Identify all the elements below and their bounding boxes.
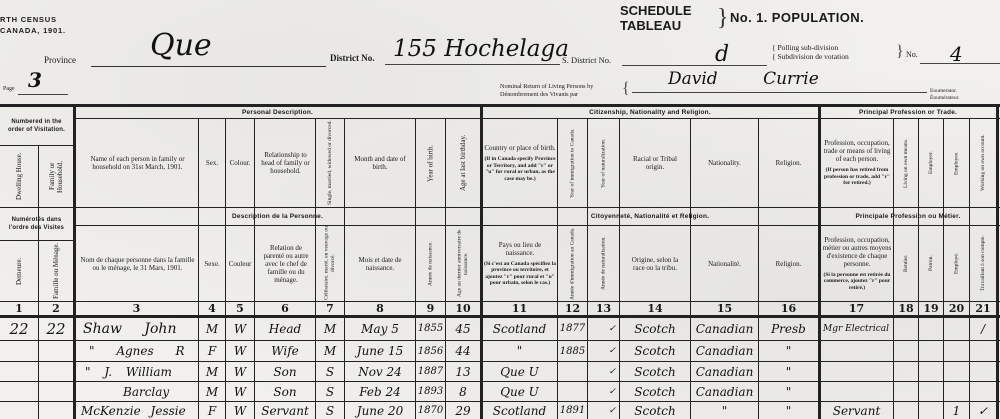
col11-title-fr: Pays ou lieu de naissance.	[484, 241, 556, 257]
col9-header-en: Year of birth.	[416, 119, 445, 207]
cell-employee	[944, 341, 969, 361]
col18-header-fr: Rentier.	[894, 226, 918, 301]
cell-employer	[919, 341, 943, 361]
schedule-brace: }	[717, 5, 729, 31]
page-value: 3	[28, 68, 42, 92]
col17-note-fr: (Si la personne est retirée du commerce,…	[822, 272, 892, 292]
enumerator-labels: Enumerator. Énumérateur.	[930, 88, 959, 102]
colnum-15: 15	[691, 302, 758, 315]
col10-header-en: Age at last birthday.	[446, 119, 480, 207]
colnum-18: 18	[894, 302, 918, 315]
cell-profession	[820, 341, 893, 361]
cell-origin: Scotch	[620, 382, 690, 401]
colnum-7: 7	[316, 302, 344, 315]
cell-religion: "	[759, 382, 818, 401]
cell-relationship: Son	[255, 362, 315, 381]
colnum-13: 13	[588, 302, 619, 315]
cell-birthplace: Scotland	[482, 317, 557, 340]
cell-employee	[944, 382, 969, 401]
visitation-title-fr: Numérotés dans l'ordre des Visites	[0, 208, 73, 240]
cell-birth-year: 1893	[416, 382, 445, 401]
col1-header-fr: Demeure.	[0, 241, 38, 301]
polling-label-fr: Subdivision de votation	[777, 52, 848, 61]
schedule-line2: TABLEAU	[620, 18, 692, 33]
cell-profession: Mgr Electrical	[820, 317, 893, 340]
census-title-line1: RTH CENSUS	[0, 14, 66, 25]
polling-label-en: Polling sub-division	[777, 43, 838, 52]
province-label: Province	[44, 55, 76, 65]
personal-title-en: Personal Description.	[75, 106, 480, 118]
colnum-19: 19	[919, 302, 943, 315]
cell-immigration-year	[558, 382, 587, 401]
enumerator-value: David Currie	[668, 69, 819, 89]
cell-naturalization: ✓	[588, 341, 619, 361]
cell-dwelling	[0, 402, 38, 419]
cell-naturalization: ✓	[588, 402, 619, 419]
visitation-title-en: Numbered in the order of Visitation.	[0, 106, 73, 145]
cell-marital: S	[316, 402, 344, 419]
cell-naturalization: ✓	[588, 382, 619, 401]
cell-birthplace: Que U	[482, 382, 557, 401]
colnum-1: 1	[0, 302, 38, 315]
cell-marital: M	[316, 317, 344, 340]
col2-header-fr: Famille ou Ménage.	[39, 241, 73, 301]
colnum-4: 4	[199, 302, 225, 315]
cell-immigration-year: 1891	[558, 402, 587, 419]
cell-birth-date: May 5	[345, 317, 415, 340]
cell-own-account: /	[970, 317, 996, 340]
cell-dwelling	[0, 362, 38, 381]
colnum-9: 9	[416, 302, 445, 315]
col13-header-en: Year of naturalization.	[588, 119, 619, 207]
cell-name: " J. William	[75, 362, 198, 381]
col10-header-fr: Age au dernier anniversaire de naissance…	[446, 226, 480, 301]
cell-relationship: Servant	[255, 402, 315, 419]
colnum-20: 20	[944, 302, 969, 315]
cell-family: 22	[39, 317, 73, 340]
col15-header-fr: Nationalité.	[691, 226, 758, 301]
col14-header-fr: Origine, selon la race ou la tribu.	[630, 226, 680, 301]
cell-colour: W	[226, 382, 254, 401]
census-title-line2: CANADA, 1901.	[0, 25, 66, 36]
col12-header-en: Year of immigration to Canada.	[558, 119, 587, 207]
col17-title-fr: Profession, occupation, métier ou autres…	[822, 236, 892, 268]
col8-header-en: Month and date of birth.	[350, 119, 410, 207]
cell-own-account	[970, 341, 996, 361]
personal-title-fr: Description de la Personne.	[75, 208, 480, 225]
col4-header-en: Sex.	[199, 119, 225, 207]
col17-title-en: Profession, occupation, trade or means o…	[822, 139, 892, 163]
colnum-6: 6	[255, 302, 315, 315]
cell-age: 44	[446, 341, 480, 361]
page-label: Page	[3, 86, 15, 92]
cell-own-account: ✓	[970, 402, 996, 419]
cell-marital: S	[316, 382, 344, 401]
cell-nationality: "	[691, 402, 758, 419]
cell-own-account	[970, 362, 996, 381]
table-row: McKenzie Jessie F W Servant S June 20 18…	[0, 402, 1000, 419]
colnum-14: 14	[620, 302, 690, 315]
col3-header-fr: Nom de chaque personne dans la famille o…	[80, 226, 195, 301]
cell-name: Barclay	[75, 382, 198, 401]
enumerator-label-fr: Énumérateur.	[930, 95, 959, 102]
citizenship-title-en: Citizenship, Nationality and Religion.	[482, 106, 818, 118]
cell-birth-year: 1887	[416, 362, 445, 381]
cell-own-account	[970, 382, 996, 401]
col6-header-fr: Relation de parenté ou autre avec le che…	[260, 226, 312, 301]
col19-header-en: Employer.	[919, 119, 943, 207]
cell-family	[39, 362, 73, 381]
col9-header-fr: Année de naissance.	[416, 226, 445, 301]
col7-header-en: Single, married, widowed or divorced.	[316, 119, 344, 207]
cell-name: McKenzie Jessie	[75, 402, 198, 419]
cell-family	[39, 402, 73, 419]
cell-sex: M	[199, 362, 225, 381]
cell-birthplace: Scotland	[482, 402, 557, 419]
nominal-return-labels: Nominal Return of Living Persons by Déno…	[500, 83, 593, 99]
col17-header-en: Profession, occupation, trade or means o…	[822, 119, 892, 207]
cell-religion: "	[759, 341, 818, 361]
cell-immigration-year	[558, 362, 587, 381]
enumerator-label-en: Enumerator.	[930, 88, 959, 95]
cell-origin: Scotch	[620, 317, 690, 340]
colnum-16: 16	[759, 302, 818, 315]
schedule-line1: SCHEDULE	[620, 3, 692, 18]
cell-employee: 1	[944, 402, 969, 419]
cell-religion: "	[759, 402, 818, 419]
cell-employee	[944, 317, 969, 340]
col8-header-fr: Mois et date de naissance.	[350, 226, 410, 301]
polling-no-value: 4	[950, 42, 963, 66]
polling-labels: { Polling sub-division { Subdivision de …	[772, 43, 849, 61]
cell-marital: M	[316, 341, 344, 361]
cell-naturalization: ✓	[588, 362, 619, 381]
cell-birthplace: "	[482, 341, 557, 361]
sub-district-line	[622, 65, 767, 66]
cell-colour: W	[226, 402, 254, 419]
cell-origin: Scotch	[620, 402, 690, 419]
cell-employer	[919, 362, 943, 381]
cell-nationality: Canadian	[691, 362, 758, 381]
province-line	[91, 66, 326, 67]
sub-district-value: d	[715, 42, 729, 67]
cell-dwelling: 22	[0, 317, 38, 340]
profession-title-en: Principal Profession or Trade.	[820, 106, 996, 118]
cell-birth-year: 1856	[416, 341, 445, 361]
col5-header-fr: Couleur	[226, 226, 254, 301]
enumerator-line	[632, 92, 927, 93]
col17-header-fr: Profession, occupation, métier ou autres…	[822, 226, 892, 301]
cell-relationship: Son	[255, 382, 315, 401]
cell-own-means	[894, 402, 918, 419]
col2-header-en: Family or Household.	[39, 146, 73, 207]
cell-origin: Scotch	[620, 341, 690, 361]
cell-colour: W	[226, 341, 254, 361]
cell-nationality: Canadian	[691, 382, 758, 401]
col15-header-en: Nationality.	[691, 119, 758, 207]
col11-header-en: Country or place of birth. (If in Canada…	[484, 119, 556, 207]
schedule-label: SCHEDULE TABLEAU	[620, 3, 692, 33]
cell-age: 29	[446, 402, 480, 419]
colnum-3: 3	[75, 302, 198, 315]
nominal-return-fr: Dénombrement des Vivants par	[500, 91, 593, 99]
district-line	[385, 64, 560, 65]
cell-profession	[820, 382, 893, 401]
col20-header-en: Employee.	[944, 119, 969, 207]
col11-note-en: (If in Canada specify Province or Territ…	[484, 156, 556, 182]
col14-header-en: Racial or Tribal origin.	[630, 119, 680, 207]
cell-sex: F	[199, 341, 225, 361]
col1-header-en: Dwelling House.	[0, 146, 38, 207]
table-row: " Agnes R F W Wife M June 15 1856 44 " 1…	[0, 341, 1000, 361]
colnum-5: 5	[226, 302, 254, 315]
cell-marital: S	[316, 362, 344, 381]
profession-title-fr: Principale Profession ou Métier.	[820, 208, 996, 225]
table-row: Barclay M W Son S Feb 24 1893 8 Que U ✓ …	[0, 382, 1000, 401]
census-page: RTH CENSUS CANADA, 1901. Province Que Pa…	[0, 0, 1000, 419]
cell-own-means	[894, 382, 918, 401]
table-row: 22 22 Shaw John M W Head M May 5 1855 45…	[0, 317, 1000, 340]
cell-birthplace: Que U	[482, 362, 557, 381]
citizenship-title-fr: Citoyenneté, Nationalité et Religion.	[482, 208, 818, 225]
cell-age: 8	[446, 382, 480, 401]
col16-header-en: Religion.	[759, 119, 818, 207]
colnum-2: 2	[39, 302, 73, 315]
cell-birth-year: 1870	[416, 402, 445, 419]
colnum-11: 11	[482, 302, 557, 315]
colnum-21: 21	[970, 302, 996, 315]
col19-header-fr: Patron.	[919, 226, 943, 301]
col11-note-fr: (Si c'est au Canada spécifiez la provinc…	[484, 261, 556, 287]
colnum-10: 10	[446, 302, 480, 315]
cell-dwelling	[0, 382, 38, 401]
district-label: District No.	[330, 53, 375, 63]
cell-employer	[919, 317, 943, 340]
cell-dwelling	[0, 341, 38, 361]
cell-relationship: Head	[255, 317, 315, 340]
col17-note-en: (If person has retired from profession o…	[822, 167, 892, 187]
col4-header-fr: Sexe.	[199, 226, 225, 301]
cell-own-means	[894, 317, 918, 340]
colnum-8: 8	[345, 302, 415, 315]
col5-header-en: Colour.	[226, 119, 254, 207]
col7-header-fr: Célibataire, marié, en veuvage ou divorc…	[316, 226, 344, 301]
polling-brace: }	[896, 44, 904, 60]
cell-sex: M	[199, 317, 225, 340]
cell-religion: "	[759, 362, 818, 381]
cell-sex: F	[199, 402, 225, 419]
polling-no-label: No.	[906, 50, 918, 59]
cell-birth-year: 1855	[416, 317, 445, 340]
col3-header-en: Name of each person in family or househo…	[90, 119, 185, 207]
district-value: 155 Hochelaga	[393, 36, 569, 62]
cell-profession	[820, 362, 893, 381]
cell-age: 13	[446, 362, 480, 381]
cell-immigration-year: 1885	[558, 341, 587, 361]
col21-header-fr: Travaillant à son compte.	[970, 226, 996, 301]
col13-header-fr: Année de naturalisation.	[588, 226, 619, 301]
cell-employer	[919, 402, 943, 419]
cell-own-means	[894, 362, 918, 381]
col11-header-fr: Pays ou lieu de naissance. (Si c'est au …	[484, 226, 556, 301]
sub-district-label: S. District No.	[562, 55, 611, 65]
cell-profession: Servant	[820, 402, 893, 419]
table-row: " J. William M W Son S Nov 24 1887 13 Qu…	[0, 362, 1000, 381]
province-value: Que	[150, 28, 212, 63]
cell-birth-date: June 15	[345, 341, 415, 361]
nominal-return-en: Nominal Return of Living Persons by	[500, 83, 593, 91]
cell-origin: Scotch	[620, 362, 690, 381]
col18-header-en: Living on own means.	[894, 119, 918, 207]
page-line	[18, 94, 68, 95]
col11-title-en: Country or place of birth.	[484, 144, 555, 152]
col6-header-en: Relationship to head of family or househ…	[258, 119, 313, 207]
cell-name: Shaw John	[75, 317, 198, 340]
cell-birth-date: Feb 24	[345, 382, 415, 401]
colnum-17: 17	[820, 302, 893, 315]
cell-birth-date: Nov 24	[345, 362, 415, 381]
cell-nationality: Canadian	[691, 317, 758, 340]
enumerator-brace: {	[622, 80, 630, 98]
schedule-name: No. 1. POPULATION.	[730, 10, 864, 25]
cell-family	[39, 341, 73, 361]
colnum-12: 12	[558, 302, 587, 315]
cell-employee	[944, 362, 969, 381]
col20-header-fr: Employé.	[944, 226, 969, 301]
cell-naturalization: ✓	[588, 317, 619, 340]
cell-nationality: Canadian	[691, 341, 758, 361]
cell-employer	[919, 382, 943, 401]
cell-colour: W	[226, 317, 254, 340]
cell-colour: W	[226, 362, 254, 381]
cell-religion: Presb	[759, 317, 818, 340]
col21-header-en: Working on own account.	[970, 119, 996, 207]
cell-own-means	[894, 341, 918, 361]
cell-relationship: Wife	[255, 341, 315, 361]
census-title: RTH CENSUS CANADA, 1901.	[0, 14, 66, 36]
cell-sex: M	[199, 382, 225, 401]
cell-name: " Agnes R	[75, 341, 198, 361]
cell-birth-date: June 20	[345, 402, 415, 419]
col16-header-fr: Religion.	[759, 226, 818, 301]
cell-family	[39, 382, 73, 401]
col12-header-fr: Année d'immigration au Canada.	[558, 226, 587, 301]
cell-age: 45	[446, 317, 480, 340]
cell-immigration-year: 1877	[558, 317, 587, 340]
